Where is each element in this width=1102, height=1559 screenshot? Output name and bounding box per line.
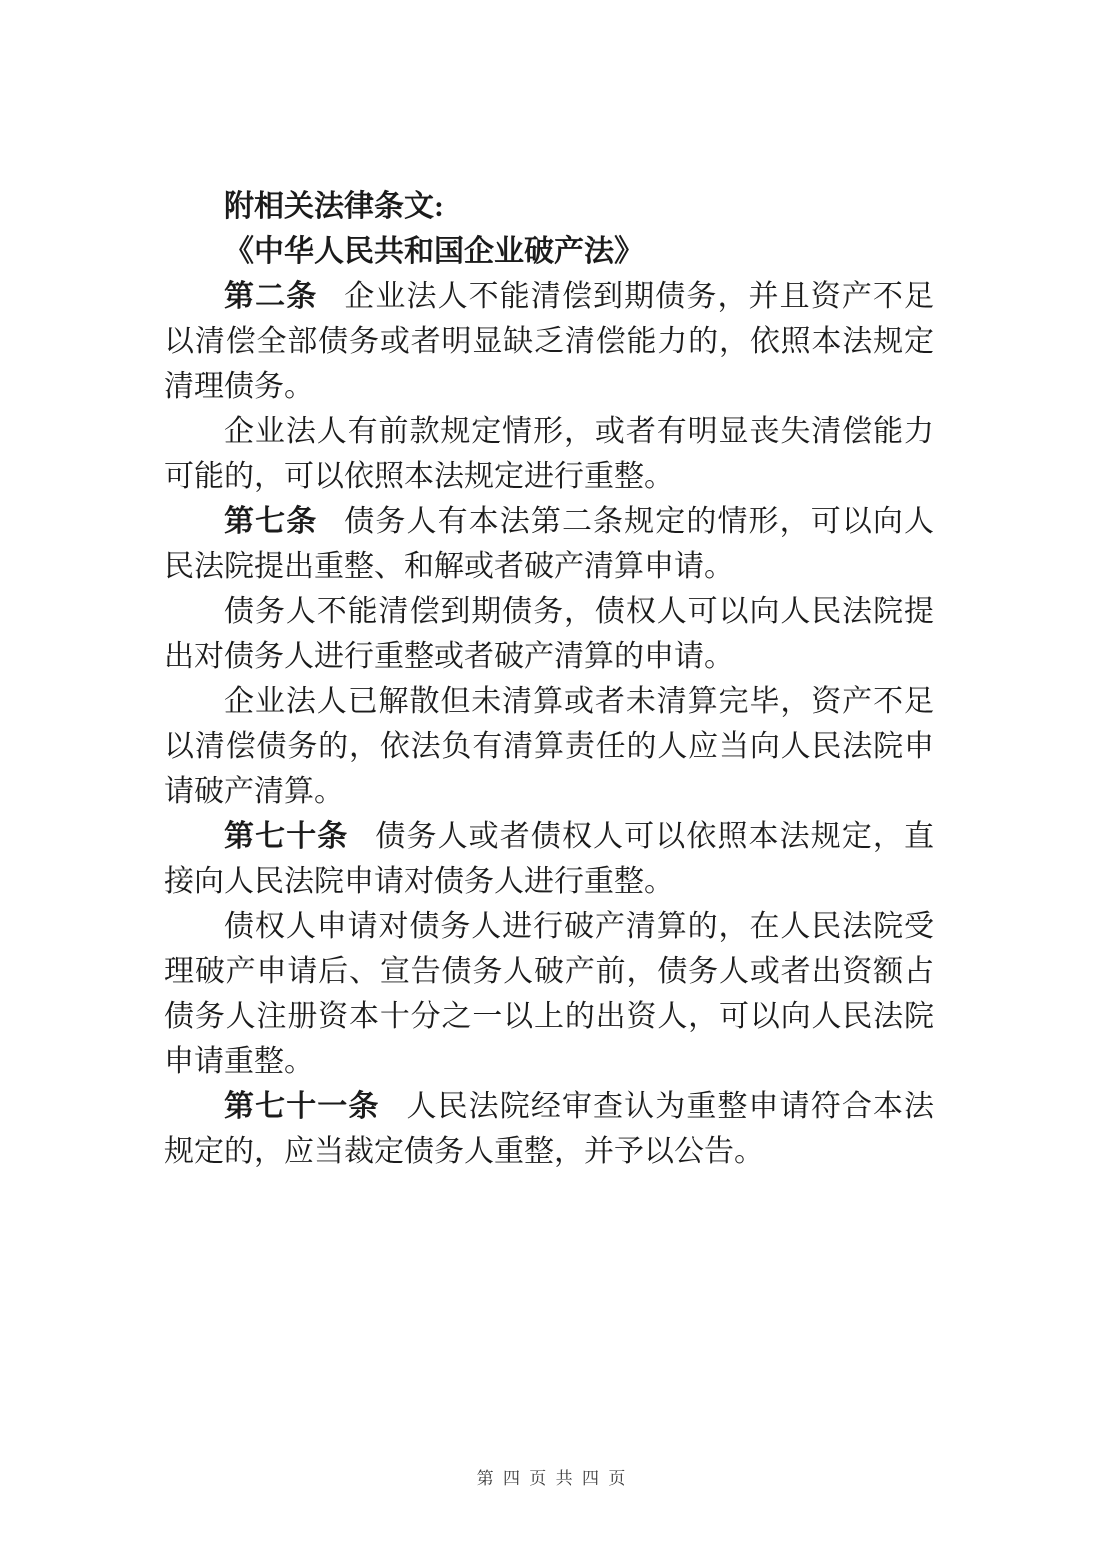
paragraph-text: 企业法人已解散但未清算或者未清算完毕，资产不足以清偿债务的，依法负有清算责任的人…: [164, 685, 934, 808]
paragraph-article-7: 第七条债务人有本法第二条规定的情形，可以向人民法院提出重整、和解或者破产清算申请…: [164, 499, 934, 589]
law-title: 《中华人民共和国企业破产法》: [164, 229, 934, 274]
paragraph-article-70: 第七十条债务人或者债权人可以依照本法规定，直接向人民法院申请对债务人进行重整。: [164, 814, 934, 904]
article-number: 第七条: [224, 505, 317, 538]
paragraph-article-2-clause-2: 企业法人有前款规定情形，或者有明显丧失清偿能力可能的，可以依照本法规定进行重整。: [164, 409, 934, 499]
article-number: 第二条: [224, 280, 317, 313]
page-number: 第四页共四页: [0, 1464, 1102, 1489]
paragraph-article-2: 第二条企业法人不能清偿到期债务，并且资产不足以清偿全部债务或者明显缺乏清偿能力的…: [164, 274, 934, 409]
document-page: 附相关法律条文: 《中华人民共和国企业破产法》 第二条企业法人不能清偿到期债务，…: [0, 0, 1102, 1559]
paragraph-article-71: 第七十一条人民法院经审查认为重整申请符合本法规定的，应当裁定债务人重整，并予以公…: [164, 1084, 934, 1174]
article-number: 第七十一条: [224, 1090, 379, 1123]
paragraph-text: 债权人申请对债务人进行破产清算的，在人民法院受理破产申请后、宣告债务人破产前，债…: [164, 910, 934, 1078]
paragraph-text: 企业法人有前款规定情形，或者有明显丧失清偿能力可能的，可以依照本法规定进行重整。: [164, 415, 934, 493]
paragraph-text: 债务人不能清偿到期债务，债权人可以向人民法院提出对债务人进行重整或者破产清算的申…: [164, 595, 934, 673]
paragraph-article-7-clause-2: 债务人不能清偿到期债务，债权人可以向人民法院提出对债务人进行重整或者破产清算的申…: [164, 589, 934, 679]
appendix-heading: 附相关法律条文:: [164, 184, 934, 229]
article-number: 第七十条: [224, 820, 348, 853]
paragraph-article-7-clause-3: 企业法人已解散但未清算或者未清算完毕，资产不足以清偿债务的，依法负有清算责任的人…: [164, 679, 934, 814]
legal-text-block: 附相关法律条文: 《中华人民共和国企业破产法》 第二条企业法人不能清偿到期债务，…: [164, 184, 934, 1174]
paragraph-article-70-clause-2: 债权人申请对债务人进行破产清算的，在人民法院受理破产申请后、宣告债务人破产前，债…: [164, 904, 934, 1084]
